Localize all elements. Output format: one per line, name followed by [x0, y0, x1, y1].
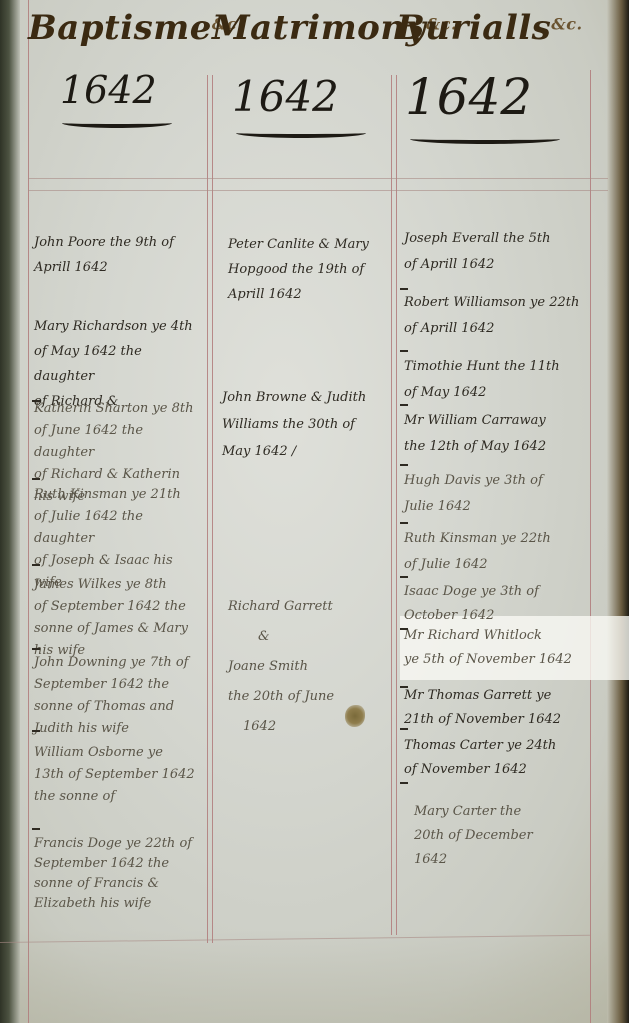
baptism-entry: John Downing ye 7th of September 1642 th…: [34, 652, 206, 740]
entry-line: of Richard & Katherin: [34, 464, 206, 486]
year-burials: 1642: [405, 68, 532, 126]
entry-line: September 1642 the: [34, 674, 206, 696]
year-matrimony: 1642: [232, 72, 339, 121]
paper-stain: [20, 930, 607, 1023]
entry-line: John Browne & Judith: [222, 384, 388, 411]
burial-entry: Isaac Doge ye 3th of October 1642: [404, 580, 588, 628]
entry-line: of June 1642 the daughter: [34, 420, 206, 464]
entry-line: Robert Williamson ye 22th: [404, 290, 588, 316]
entry-line: Mr Thomas Garrett ye: [404, 684, 588, 708]
entry-line: John Poore the 9th of: [34, 230, 204, 255]
entry-line: Elizabeth his wife: [34, 894, 206, 914]
entry-line: Timothie Hunt the 11th: [404, 354, 588, 380]
entry-line: of May 1642 the daughter: [34, 339, 204, 389]
baptism-entry: Francis Doge ye 22th of September 1642 t…: [34, 834, 206, 914]
column-rule-2a: [391, 75, 392, 935]
right-margin-rule: [590, 70, 591, 1023]
burial-entry: Mr Thomas Garrett ye 21th of November 16…: [404, 684, 588, 732]
entry-separator-mark: [400, 628, 408, 630]
entry-line: Judith his wife: [34, 718, 206, 740]
entry-separator-mark: [32, 564, 40, 566]
entry-line: of May 1642: [404, 380, 588, 406]
entry-separator-mark: [32, 648, 40, 650]
left-margin-rule: [28, 0, 29, 1023]
entry-separator-mark: [400, 782, 408, 784]
header-rule-1: [28, 178, 608, 179]
burial-entry-highlighted: Mr Richard Whitlock ye 5th of November 1…: [404, 624, 594, 672]
entry-separator-mark: [32, 478, 40, 480]
entry-line: sonne of James & Mary: [34, 618, 206, 640]
year-underline: [236, 128, 366, 138]
entry-line: of November 1642: [404, 758, 588, 782]
burial-entry: Joseph Everall the 5th of Aprill 1642: [404, 226, 588, 278]
entry-line: John Downing ye 7th of: [34, 652, 206, 674]
entry-line: sonne of Thomas and: [34, 696, 206, 718]
entry-line: Hopgood the 19th of: [228, 257, 390, 282]
entry-line: 20th of December: [414, 824, 590, 848]
entry-separator-mark: [32, 730, 40, 732]
entry-separator-mark: [400, 350, 408, 352]
burial-entry: Robert Williamson ye 22th of Aprill 1642: [404, 290, 588, 342]
baptism-entry: John Poore the 9th of Aprill 1642: [34, 230, 204, 280]
entry-line: the 12th of May 1642: [404, 434, 588, 460]
matrimony-entry: Peter Canlite & Mary Hopgood the 19th of…: [228, 232, 390, 307]
entry-line: Joseph Everall the 5th: [404, 226, 588, 252]
entry-line: of September 1642 the: [34, 596, 206, 618]
entry-line: Ruth Kinsman ye 21th: [34, 484, 206, 506]
entry-line: the 20th of June: [228, 682, 388, 712]
entry-separator-mark: [400, 522, 408, 524]
entry-line: Aprill 1642: [228, 282, 390, 307]
entry-line: of Julie 1642 the daughter: [34, 506, 206, 550]
header-title: Burialls: [396, 8, 551, 48]
binding-shadow: [0, 0, 20, 1023]
burial-entry: Mr William Carraway the 12th of May 1642: [404, 408, 588, 460]
entry-line: William Osborne ye: [34, 742, 206, 764]
entry-line: Williams the 30th of: [222, 411, 388, 438]
year-baptisms: 1642: [60, 68, 157, 112]
header-title: Matrimony: [212, 8, 426, 48]
column-rule-1b: [212, 75, 213, 943]
column-header-burials: Burialls&c.: [396, 8, 583, 58]
header-rule-2: [28, 190, 608, 191]
entry-line: May 1642 /: [222, 438, 388, 465]
burial-entry: Hugh Davis ye 3th of Julie 1642: [404, 468, 588, 520]
column-header-baptisms: Baptisme&c.: [28, 8, 243, 58]
entry-line: the sonne of: [34, 786, 206, 808]
entry-line: sonne of Francis &: [34, 874, 206, 894]
entry-line: Joane Smith: [228, 652, 388, 682]
entry-line: Thomas Carter ye 24th: [404, 734, 588, 758]
entry-line: of Aprill 1642: [404, 316, 588, 342]
entry-line: Katherin Sharton ye 8th: [34, 398, 206, 420]
burial-entry: Thomas Carter ye 24th of November 1642: [404, 734, 588, 782]
entry-separator-mark: [32, 400, 40, 402]
entry-line: ye 5th of November 1642: [404, 648, 594, 672]
entry-line: Aprill 1642: [34, 255, 204, 280]
burial-entry: Ruth Kinsman ye 22th of Julie 1642: [404, 526, 588, 578]
entry-line: Mary Richardson ye 4th: [34, 314, 204, 339]
entry-line: 13th of September 1642: [34, 764, 206, 786]
entry-line: of Aprill 1642: [404, 252, 588, 278]
entry-separator-mark: [400, 576, 408, 578]
matrimony-entry: John Browne & Judith Williams the 30th o…: [222, 384, 388, 465]
entry-separator-mark: [400, 686, 408, 688]
entry-line: of Julie 1642: [404, 552, 588, 578]
entry-line: of Joseph & Isaac his: [34, 550, 206, 572]
entry-separator-mark: [400, 728, 408, 730]
entry-separator-mark: [400, 288, 408, 290]
entry-separator-mark: [400, 404, 408, 406]
entry-line: Mary Carter the: [414, 800, 590, 824]
entry-line: Julie 1642: [404, 494, 588, 520]
entry-separator-mark: [400, 464, 408, 466]
burial-entry: Timothie Hunt the 11th of May 1642: [404, 354, 588, 406]
year-underline: [410, 134, 560, 144]
entry-line: &: [228, 622, 388, 652]
entry-line: Hugh Davis ye 3th of: [404, 468, 588, 494]
year-underline: [62, 118, 172, 128]
header-flourish: &c.: [551, 15, 582, 34]
entry-line: Francis Doge ye 22th of: [34, 834, 206, 854]
column-rule-2b: [396, 75, 397, 935]
entry-line: Mr Richard Whitlock: [404, 624, 594, 648]
entry-line: Isaac Doge ye 3th of: [404, 580, 588, 604]
entry-line: 1642: [414, 848, 590, 872]
baptism-entry: William Osborne ye 13th of September 164…: [34, 742, 206, 808]
entry-line: James Wilkes ye 8th: [34, 574, 206, 596]
column-rule-1a: [207, 75, 208, 943]
entry-line: Mr William Carraway: [404, 408, 588, 434]
page-edge-shadow: [607, 0, 629, 1023]
entry-line: Peter Canlite & Mary: [228, 232, 390, 257]
entry-line: Richard Garrett: [228, 592, 388, 622]
entry-separator-mark: [32, 828, 40, 830]
ink-blot: [345, 705, 365, 727]
entry-line: Ruth Kinsman ye 22th: [404, 526, 588, 552]
burial-entry: Mary Carter the 20th of December 1642: [414, 800, 590, 872]
entry-line: September 1642 the: [34, 854, 206, 874]
header-title: Baptisme: [28, 8, 212, 48]
register-page: Baptisme&c. Matrimony&c. Burialls&c. 164…: [0, 0, 629, 1023]
entry-line: 21th of November 1642: [404, 708, 588, 732]
baptism-entry: James Wilkes ye 8th of September 1642 th…: [34, 574, 206, 662]
